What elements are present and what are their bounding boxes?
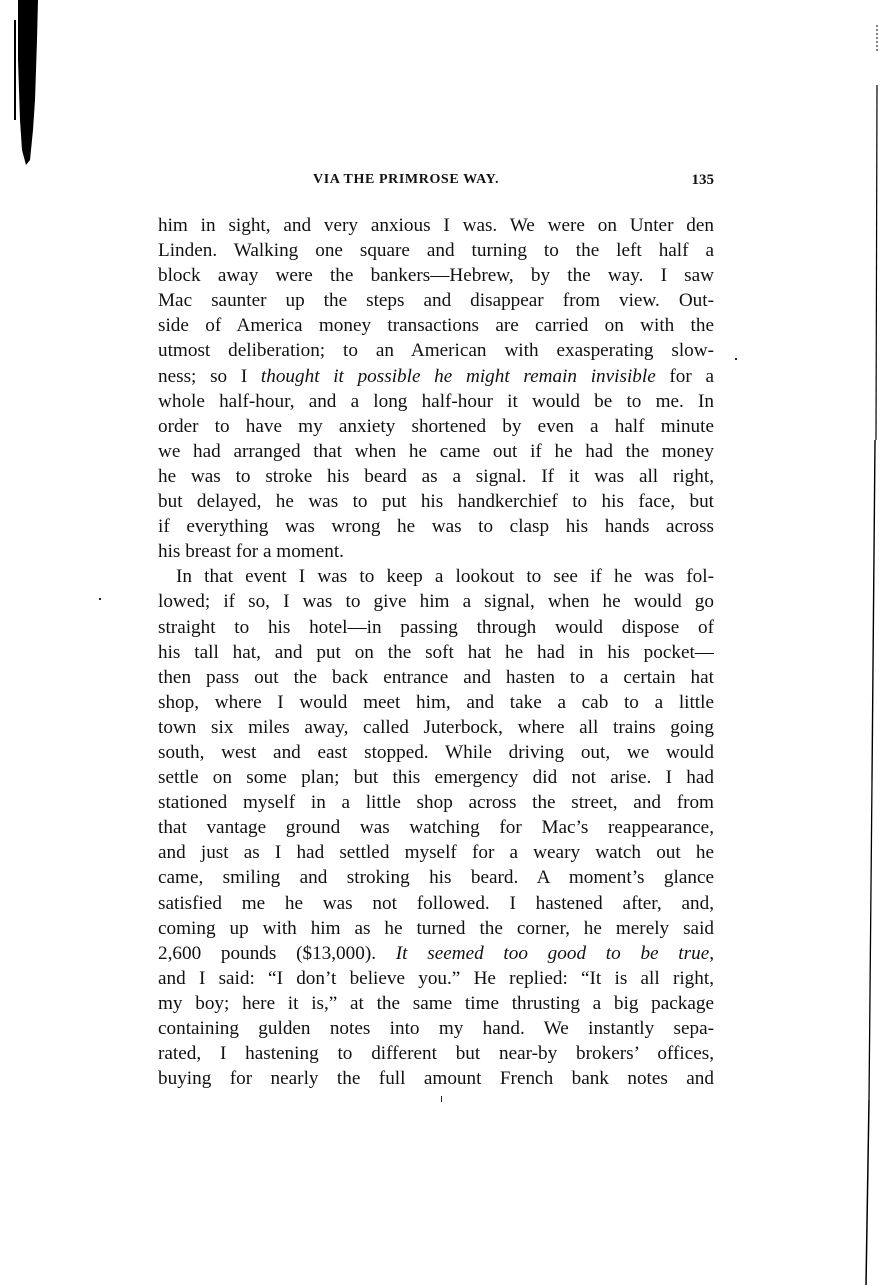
text-line: shop, where I would meet him, and take a… <box>158 690 714 715</box>
text-run: 2,600 pounds ($13,000). <box>158 943 396 964</box>
text-line: he was to stroke his beard as a signal. … <box>158 464 714 489</box>
scan-speck <box>735 358 737 360</box>
text-line-italic-mixed: ness; so I thought it possible he might … <box>158 364 714 389</box>
body-text: him in sight, and very anxious I was. We… <box>158 213 714 1091</box>
text-line: settle on some plan; but this emergency … <box>158 765 714 790</box>
text-line: coming up with him as he turned the corn… <box>158 916 714 941</box>
text-line-paragraph-start: In that event I was to keep a lookout to… <box>158 564 714 589</box>
text-line: town six miles away, called Juterbock, w… <box>158 715 714 740</box>
book-page: VIA THE PRIMROSE WAY. 135 him in sight, … <box>0 0 882 1285</box>
text-line: came, smiling and stroking his beard. A … <box>158 865 714 890</box>
italic-run: thought it possible he might remain invi… <box>261 366 656 387</box>
text-line: satisfied me he was not followed. I hast… <box>158 891 714 916</box>
text-line: if everything was wrong he was to clasp … <box>158 514 714 539</box>
text-line: Linden. Walking one square and turning t… <box>158 238 714 263</box>
scan-speck <box>441 1096 442 1102</box>
text-line: Mac saunter up the steps and disappear f… <box>158 288 714 313</box>
scan-speck <box>99 598 101 600</box>
text-line: order to have my anxiety shortened by ev… <box>158 414 714 439</box>
text-line: containing gulden notes into my hand. We… <box>158 1016 714 1041</box>
text-line: my boy; here it is,” at the same time th… <box>158 991 714 1016</box>
text-line: lowed; if so, I was to give him a signal… <box>158 589 714 614</box>
text-line: block away were the bankers—Hebrew, by t… <box>158 263 714 288</box>
text-line: his tall hat, and put on the soft hat he… <box>158 640 714 665</box>
running-title: VIA THE PRIMROSE WAY. <box>313 172 499 188</box>
text-line: and I said: “I don’t believe you.” He re… <box>158 966 714 991</box>
page-number: 135 <box>692 172 715 189</box>
text-line: that vantage ground was watching for Mac… <box>158 815 714 840</box>
text-line: utmost deliberation; to an American with… <box>158 338 714 363</box>
text-line: we had arranged that when he came out if… <box>158 439 714 464</box>
italic-run: It seemed too good to be true, <box>396 943 714 964</box>
text-line: rated, I hastening to different but near… <box>158 1041 714 1066</box>
text-line: straight to his hotel—in passing through… <box>158 615 714 640</box>
text-line: and just as I had settled myself for a w… <box>158 840 714 865</box>
text-line: him in sight, and very anxious I was. We… <box>158 213 714 238</box>
text-line: but delayed, he was to put his handkerch… <box>158 489 714 514</box>
text-line: side of America money transactions are c… <box>158 313 714 338</box>
text-line: south, west and east stopped. While driv… <box>158 740 714 765</box>
text-line: then pass out the back entrance and hast… <box>158 665 714 690</box>
text-line: stationed myself in a little shop across… <box>158 790 714 815</box>
text-line-italic-mixed: 2,600 pounds ($13,000). It seemed too go… <box>158 941 714 966</box>
text-line: buying for nearly the full amount French… <box>158 1066 714 1091</box>
running-header: VIA THE PRIMROSE WAY. 135 <box>158 172 714 192</box>
text-line: whole half-hour, and a long half-hour it… <box>158 389 714 414</box>
text-run: ness; so I <box>158 366 261 387</box>
text-line-paragraph-end: his breast for a moment. <box>158 539 714 564</box>
text-run: for a <box>656 366 714 387</box>
